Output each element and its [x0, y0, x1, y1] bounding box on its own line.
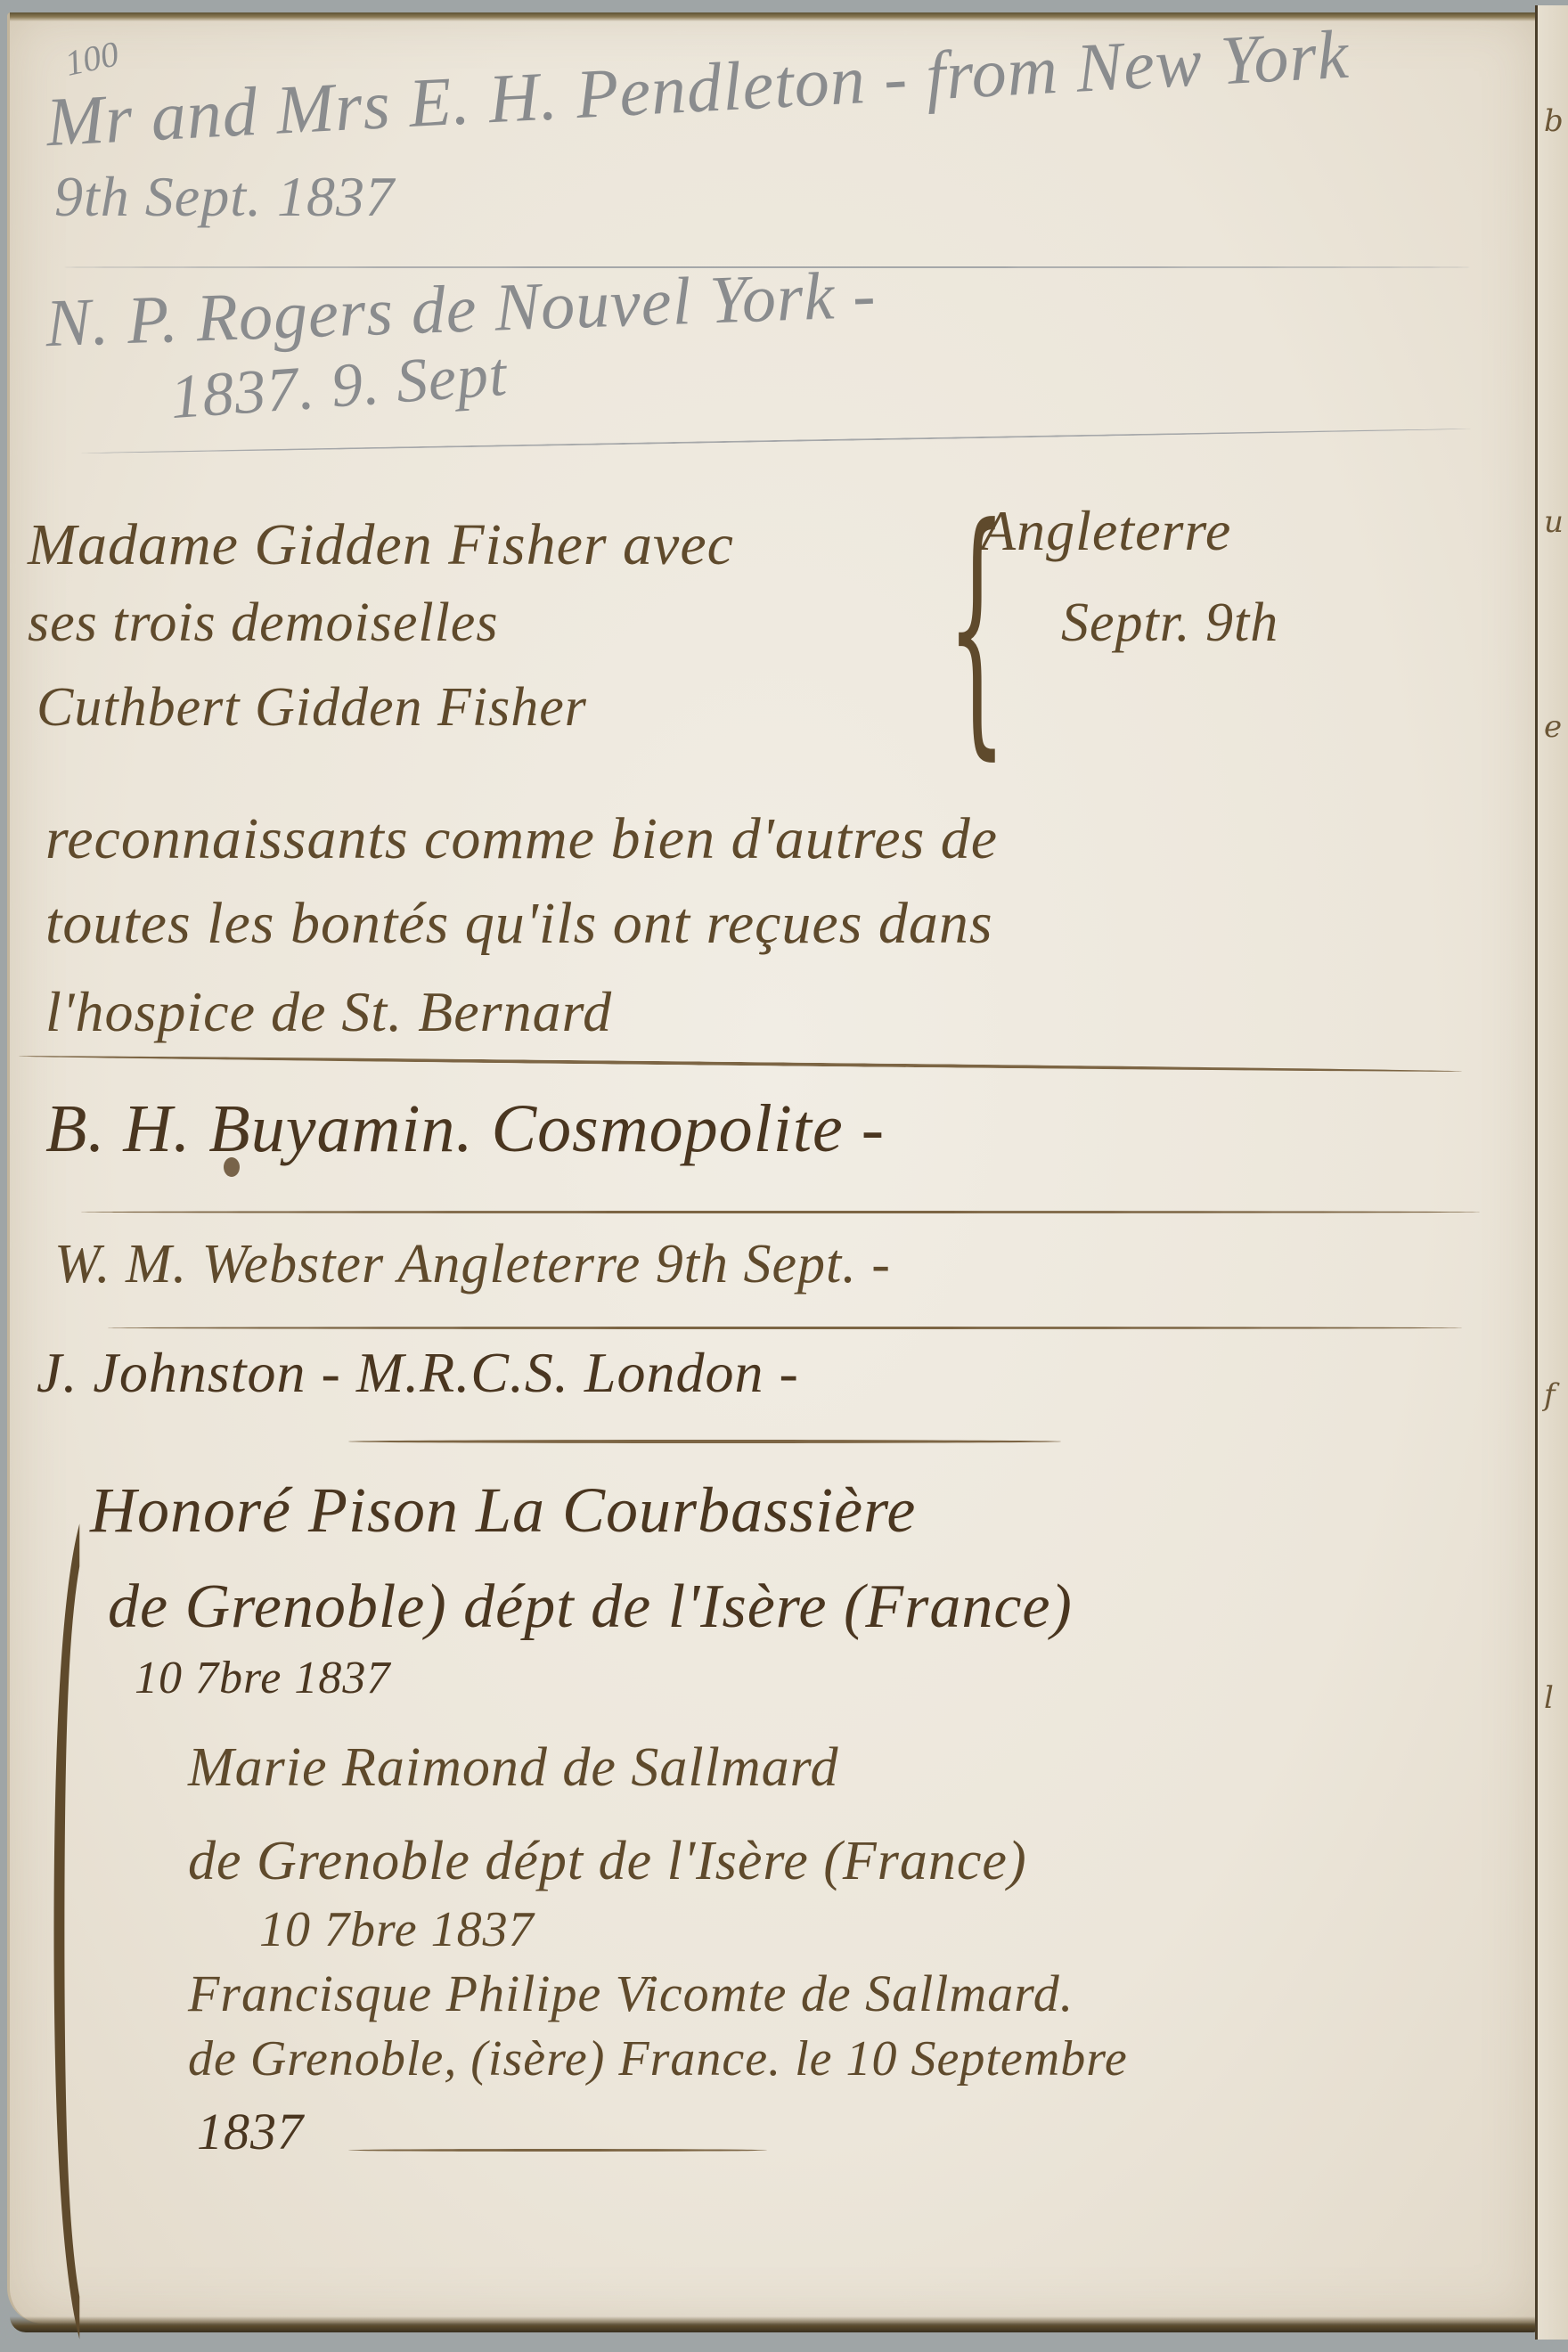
entry-buyamin: B. H. Buyamin. Cosmopolite - [45, 1090, 885, 1168]
ink-separator-1 [19, 1055, 1462, 1074]
adjacent-page-edge: b u e f l [1535, 5, 1568, 2340]
entry-marie-line-3: 10 7bre 1837 [259, 1901, 535, 1958]
entry-pendleton-line-1: Mr and Mrs E. H. Pendleton - from New Yo… [45, 14, 1352, 162]
entry-francisque-line-1: Francisque Philipe Vicomte de Sallmard. [188, 1964, 1074, 2023]
entry-francisque-line-2: de Grenoble, (isère) France. le 10 Septe… [188, 2030, 1128, 2087]
page-bottom-edge [10, 2316, 1538, 2332]
thanks-line-2: toutes les bontés qu'ils ont reçues dans [45, 890, 993, 958]
entry-francisque-line-3: 1837 [197, 2102, 304, 2161]
entry-pison-line-3: 10 7bre 1837 [135, 1652, 390, 1704]
page-number: 100 [61, 32, 122, 84]
ink-separator-4 [348, 1440, 1061, 1443]
family-group-brace: ( [45, 1447, 87, 2338]
adjacent-fragment: l [1544, 1680, 1554, 1716]
ink-separator-2 [81, 1211, 1480, 1213]
ink-separator-3 [108, 1327, 1462, 1329]
adjacent-fragment: b [1544, 103, 1564, 139]
entry-pendleton-line-2: 9th Sept. 1837 [54, 164, 395, 230]
entry-pison-line-2: de Grenoble) dépt de l'Isère (France) [108, 1572, 1073, 1643]
adjacent-fragment: f [1544, 1377, 1556, 1413]
brace-note-place: Angleterre [981, 498, 1231, 564]
entry-webster: W. M. Webster Angleterre 9th Sept. - [54, 1233, 891, 1296]
entry-marie-line-2: de Grenoble dépt de l'Isère (France) [188, 1830, 1027, 1893]
closing-flourish [348, 2149, 767, 2152]
manuscript-page: 100 Mr and Mrs E. H. Pendleton - from Ne… [7, 12, 1538, 2323]
entry-pison-line-1: Honoré Pison La Courbassière [90, 1474, 916, 1548]
entry-fisher-line-3: Cuthbert Gidden Fisher [37, 676, 587, 739]
entry-fisher-line-2: ses trois demoiselles [28, 592, 498, 655]
thanks-line-1: reconnaissants comme bien d'autres de [45, 805, 998, 873]
adjacent-fragment: u [1544, 504, 1564, 540]
entry-johnston: J. Johnston - M.R.C.S. London - [37, 1340, 799, 1406]
brace-note-date: Septr. 9th [1061, 592, 1278, 655]
pencil-separator-2 [81, 428, 1471, 453]
entry-marie-line-1: Marie Raimond de Sallmard [188, 1736, 838, 1800]
thanks-line-3: l'hospice de St. Bernard [45, 979, 612, 1045]
ink-blot [224, 1157, 240, 1177]
entry-fisher-line-1: Madame Gidden Fisher avec [28, 511, 734, 579]
adjacent-fragment: e [1544, 709, 1562, 745]
